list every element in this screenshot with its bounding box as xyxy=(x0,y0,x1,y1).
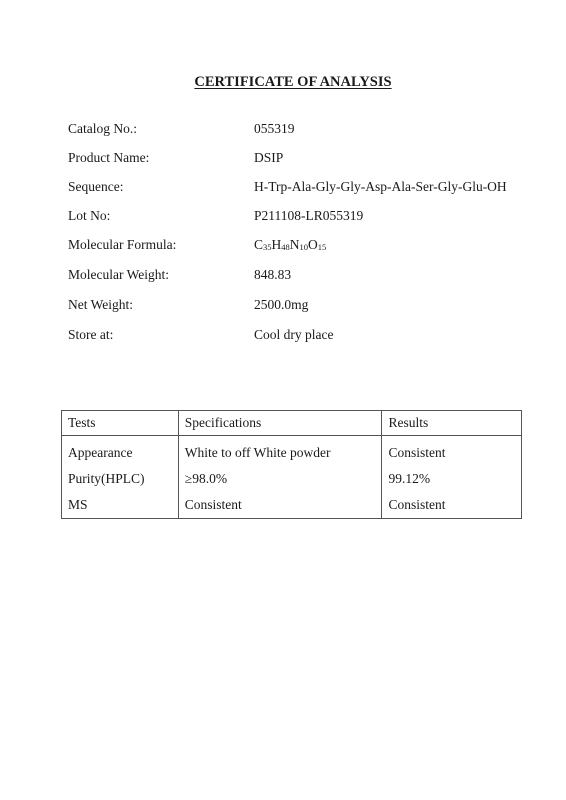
table-row: Purity(HPLC) ≥98.0% 99.12% xyxy=(62,466,522,492)
info-label: Molecular Weight: xyxy=(68,265,169,285)
info-label: Store at: xyxy=(68,325,113,345)
element-symbol: H xyxy=(272,237,282,252)
info-label: Molecular Formula: xyxy=(68,235,176,255)
element-symbol: N xyxy=(290,237,300,252)
cell-result: Consistent xyxy=(382,436,522,467)
info-value: 055319 xyxy=(254,119,295,139)
cell-test: MS xyxy=(62,492,179,519)
info-label: Sequence: xyxy=(68,177,123,197)
cell-result: 99.12% xyxy=(382,466,522,492)
column-header-tests: Tests xyxy=(62,411,179,436)
info-value: 2500.0mg xyxy=(254,295,308,315)
info-label: Catalog No.: xyxy=(68,119,137,139)
cell-specification: White to off White powder xyxy=(178,436,382,467)
element-symbol: C xyxy=(254,237,263,252)
element-count: 48 xyxy=(281,242,290,252)
table-header-row: Tests Specifications Results xyxy=(62,411,522,436)
info-value: Cool dry place xyxy=(254,325,333,345)
cell-test: Purity(HPLC) xyxy=(62,466,179,492)
table-row: Appearance White to off White powder Con… xyxy=(62,436,522,467)
element-count: 15 xyxy=(318,242,327,252)
document-title: CERTIFICATE OF ANALYSIS xyxy=(0,74,566,91)
info-value: DSIP xyxy=(254,148,283,168)
cell-specification: Consistent xyxy=(178,492,382,519)
element-count: 10 xyxy=(300,242,309,252)
info-value: H-Trp-Ala-Gly-Gly-Asp-Ala-Ser-Gly-Glu-OH xyxy=(254,177,507,197)
cell-test: Appearance xyxy=(62,436,179,467)
info-value: 848.83 xyxy=(254,265,291,285)
info-value: P211108-LR055319 xyxy=(254,206,363,226)
info-label: Lot No: xyxy=(68,206,110,226)
element-count: 35 xyxy=(263,242,272,252)
table-row: MS Consistent Consistent xyxy=(62,492,522,519)
column-header-results: Results xyxy=(382,411,522,436)
column-header-specifications: Specifications xyxy=(178,411,382,436)
cell-result: Consistent xyxy=(382,492,522,519)
test-results-table: Tests Specifications Results Appearance … xyxy=(61,410,522,519)
molecular-formula: C35H48N10O15 xyxy=(254,235,326,257)
info-label: Product Name: xyxy=(68,148,149,168)
cell-specification: ≥98.0% xyxy=(178,466,382,492)
element-symbol: O xyxy=(308,237,318,252)
info-label: Net Weight: xyxy=(68,295,133,315)
